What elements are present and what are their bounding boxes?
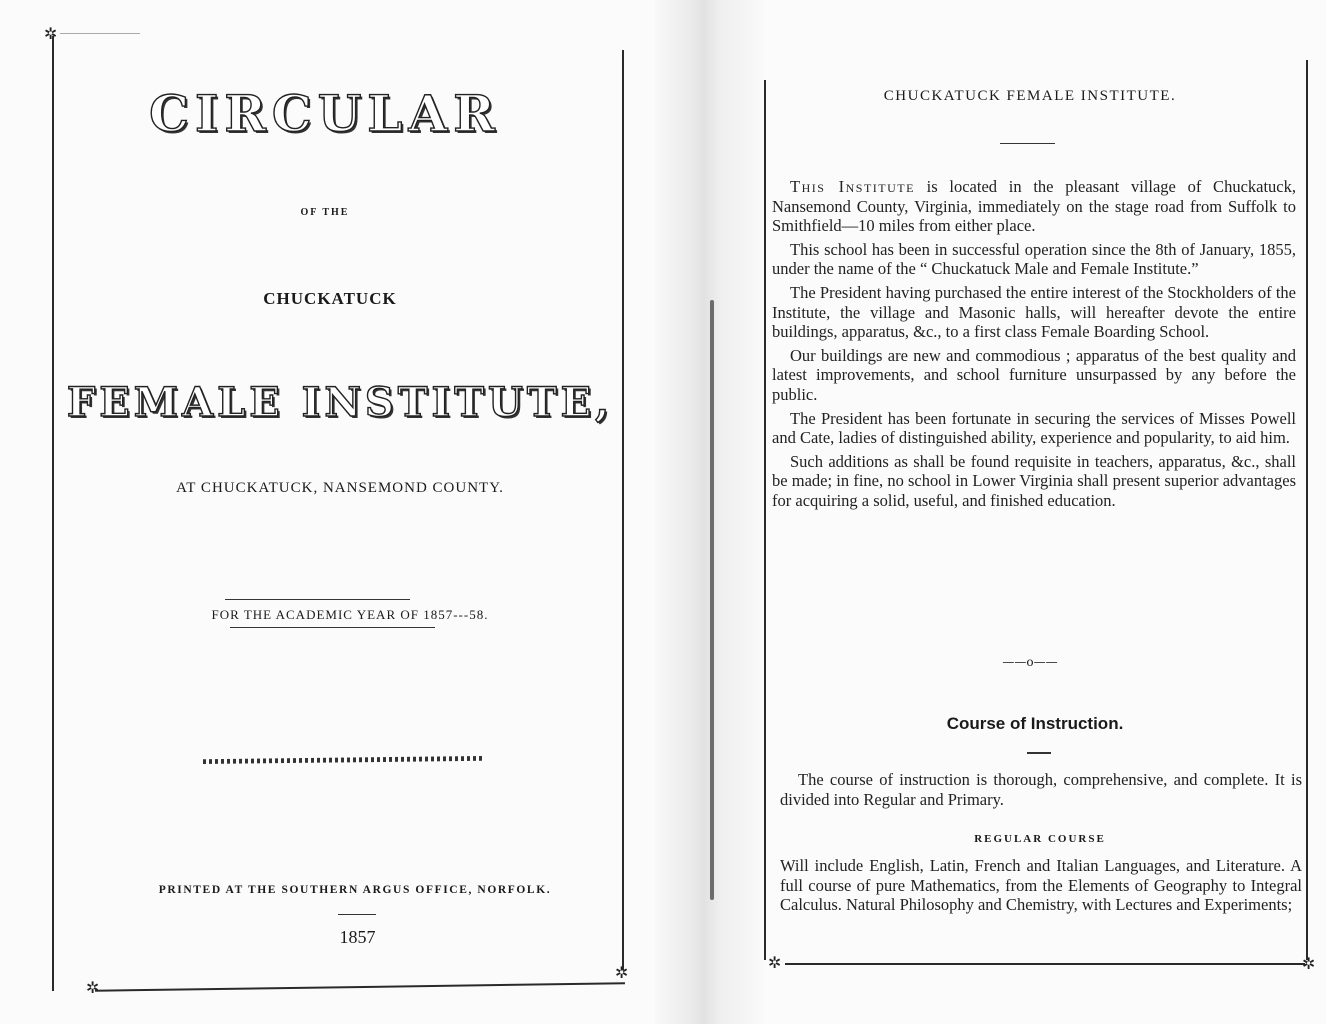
right-page-border-bottom (785, 963, 1305, 965)
place-name: CHUCKATUCK (190, 289, 470, 309)
publication-year: 1857 (300, 927, 415, 948)
left-page-border-bottom (95, 982, 625, 991)
section-rule (1027, 752, 1051, 754)
corner-ornament-icon: ✲ (44, 26, 57, 42)
paragraph: The President has been fortunate in secu… (772, 409, 1296, 448)
printer-line: PRINTED AT THE SOUTHERN ARGUS OFFICE, NO… (110, 884, 600, 896)
heading-rule (1000, 143, 1055, 144)
left-page-border-top (60, 33, 140, 34)
paragraph: The President having purchased the entir… (772, 283, 1296, 342)
paragraph: Our buildings are new and commodious ; a… (772, 346, 1296, 405)
section-title: Course of Instruction. (880, 714, 1190, 734)
corner-ornament-icon: ✲ (1302, 956, 1315, 972)
divider-ornament: ——o—— (980, 655, 1080, 669)
institution-name: FEMALE INSTITUTE, (60, 378, 620, 428)
corner-ornament-icon: ✲ (615, 965, 628, 981)
location-line: AT CHUCKATUCK, NANSEMOND COUNTY. (110, 480, 570, 497)
paragraph: Such additions as shall be found requisi… (772, 452, 1296, 511)
left-page-border-left (52, 36, 54, 991)
section-intro: The course of instruction is thorough, c… (780, 770, 1302, 813)
corner-ornament-icon: ✲ (768, 955, 781, 971)
paragraph: This Institute is located in the pleasan… (772, 177, 1296, 236)
right-page-heading: CHUCKATUCK FEMALE INSTITUTE. (790, 88, 1270, 105)
intro-paragraphs: This Institute is located in the pleasan… (772, 177, 1296, 515)
circular-title: CIRCULAR (100, 84, 550, 144)
wavy-divider (203, 756, 483, 764)
of-the-label: OF THE (230, 207, 420, 218)
right-page-border-left (764, 80, 766, 960)
book-spine-shadow (710, 300, 714, 900)
right-page-border-right (1306, 60, 1308, 960)
left-page-border-right (622, 50, 624, 970)
academic-year-line: FOR THE ACADEMIC YEAR OF 1857---58. (140, 607, 560, 623)
year-rule (338, 914, 376, 915)
academic-year-rule-top (225, 599, 410, 600)
subsection-title: REGULAR COURSE (940, 833, 1140, 845)
corner-ornament-icon: ✲ (86, 980, 99, 996)
paragraph: This school has been in successful opera… (772, 240, 1296, 279)
subsection-text: Will include English, Latin, French and … (780, 856, 1302, 919)
academic-year-rule-bottom (230, 627, 435, 628)
